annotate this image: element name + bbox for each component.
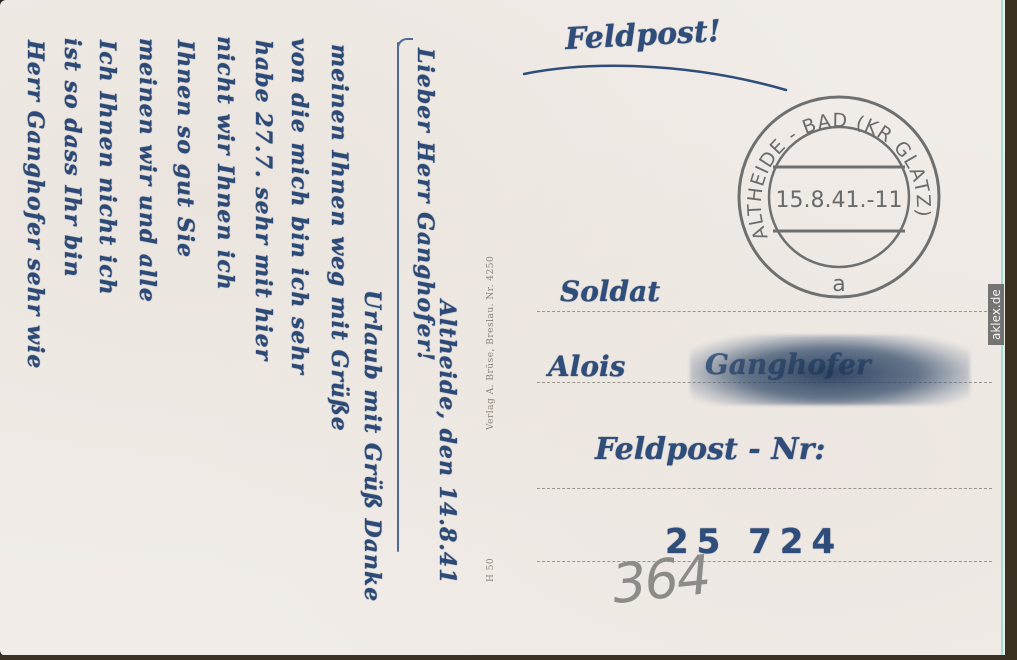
postmark-stamp: ALTHEIDE - BAD (KR GLATZ) 15.8.41.-11 a (735, 93, 943, 301)
feldpost-header: Feldpost! (564, 14, 722, 57)
letter-place-date: Altheide, den 14.8.41 (434, 300, 460, 585)
brace-decoration (397, 38, 413, 50)
letter-column: habe 27.7. sehr mit hier (250, 40, 276, 361)
letter-column: meinen Ihnen weg mit Grüße (326, 44, 352, 432)
letter-column: Herr Ganghofer sehr wie (22, 40, 48, 369)
svg-text:15.8.41.-11: 15.8.41.-11 (776, 188, 903, 213)
pencil-note: 364 (609, 543, 712, 616)
watermark: aklex.de (988, 284, 1004, 345)
letter-column: ist so dass Ihr bin (59, 38, 85, 278)
letter-column: nicht wir Ihnen ich (212, 36, 238, 291)
redaction-smudge (690, 335, 970, 405)
address-line (537, 311, 992, 312)
card-edge (0, 655, 1017, 660)
letter-column: Urlaub mit Grüß Danke (359, 290, 385, 602)
imprint-code: H 50 (486, 558, 496, 582)
card-edge (1005, 0, 1017, 660)
publisher-imprint: Verlag A. Brüse, Breslau. Nr. 4250 (486, 256, 496, 430)
letter-column: meinen wir und alle (134, 38, 160, 303)
recipient-rank: Soldat (560, 275, 660, 308)
feldpost-number-label: Feldpost - Nr: (595, 432, 826, 467)
svg-text:a: a (832, 272, 845, 297)
postcard: Herr Ganghofer sehr wie ist so dass Ihr … (0, 0, 1012, 656)
letter-column: Ihnen so gut Sie (172, 40, 198, 258)
address-line (537, 488, 992, 489)
recipient-first-name: Alois (548, 350, 625, 383)
letter-column: Ich Ihnen nicht ich (94, 40, 120, 296)
letter-column: von die mich bin ich sehr (286, 38, 312, 375)
brace-decoration (397, 42, 399, 552)
